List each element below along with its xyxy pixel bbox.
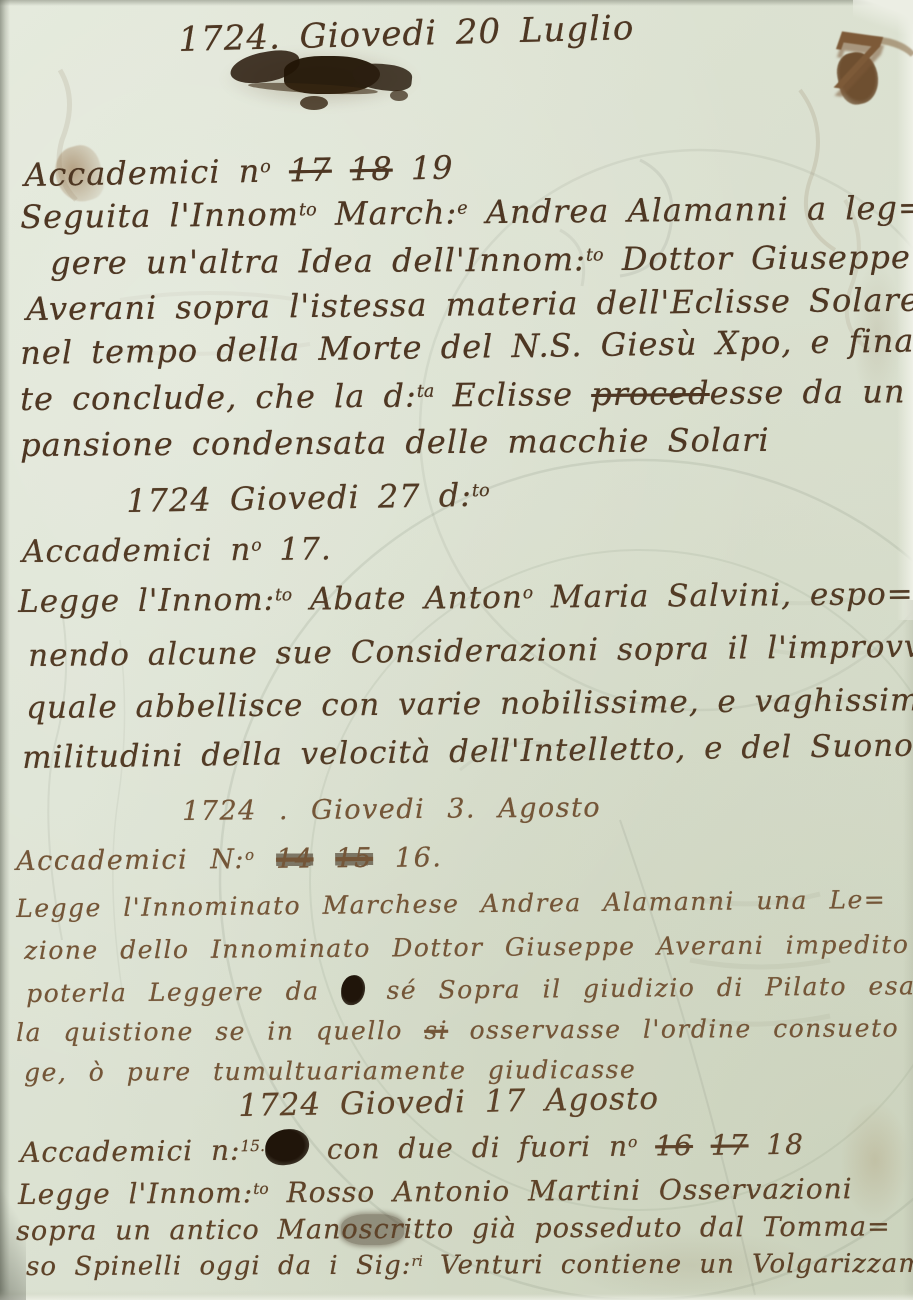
text-segment: 1724. Giovedi 20 Luglio xyxy=(178,8,635,60)
text-segment: 18 xyxy=(350,150,393,189)
text-line: gere un'altra Idea dell'Innom:to Dottor … xyxy=(50,238,911,282)
text-segment: 16 xyxy=(655,1129,693,1162)
text-segment: Seguita l'Innom xyxy=(20,195,299,236)
text-segment: Maria Salvini, espo= xyxy=(533,576,913,615)
text-segment: to xyxy=(299,200,317,220)
text-segment: la quistione se in quello xyxy=(16,1016,424,1047)
text-segment: 16. xyxy=(373,842,443,874)
text-segment: zione dello Innominato Dottor Giuseppe A… xyxy=(24,929,913,965)
text-line: Seguita l'Innomto March:e Andrea Alamann… xyxy=(20,189,913,236)
text-segment xyxy=(254,844,276,875)
text-line: Legge l'Innom:to Rosso Antonio Martini O… xyxy=(18,1172,853,1211)
text-line: zione dello Innominato Dottor Giuseppe A… xyxy=(24,929,913,965)
text-line: Averani sopra l'istessa materia dell'Ecl… xyxy=(26,281,913,328)
text-segment: o xyxy=(628,1133,637,1151)
text-segment: Legge l'Innom: xyxy=(18,582,275,620)
text-segment: ri xyxy=(411,1254,422,1270)
text-segment: militudini della velocità dell'Intellett… xyxy=(22,727,913,776)
text-segment: o xyxy=(245,846,254,864)
text-segment: Accademici n xyxy=(24,152,261,194)
text-segment: 1724 Giovedi 27 d: xyxy=(126,476,472,520)
text-segment: gere un'altra Idea dell'Innom: xyxy=(50,240,586,282)
text-segment: to xyxy=(253,1180,269,1198)
text-line: nendo alcune sue Considerazioni sopra il… xyxy=(28,628,913,674)
text-segment: 17 xyxy=(711,1128,749,1161)
text-segment: Averani sopra l'istessa materia dell'Ecl… xyxy=(26,281,913,328)
text-line: poterla Leggere da sé Sopra il giudizio … xyxy=(26,969,913,1008)
text-line: militudini della velocità dell'Intellett… xyxy=(22,727,913,776)
text-line: la quistione se in quello si osservasse … xyxy=(16,1012,913,1047)
scan-edge-left xyxy=(0,0,10,1300)
text-segment: Accademici n: xyxy=(20,1134,241,1169)
text-segment: esse da un es= xyxy=(709,372,913,412)
ink-smudge xyxy=(390,90,408,101)
text-segment: Legge l'Innominato Marchese Andrea Alama… xyxy=(16,885,886,923)
text-segment: proced xyxy=(591,374,710,413)
text-segment: 17. xyxy=(261,531,331,568)
text-segment xyxy=(313,843,335,874)
scan-edge-top xyxy=(0,0,913,6)
text-segment: o xyxy=(523,583,533,603)
text-segment: March: xyxy=(316,193,457,232)
text-segment: o xyxy=(260,157,271,177)
text-segment: nendo alcune sue Considerazioni sopra il… xyxy=(28,628,913,674)
ink-blot xyxy=(341,975,365,1005)
text-segment: con due di fuori n xyxy=(309,1130,628,1166)
date-heading: 1724 Giovedi 17 Agosto xyxy=(238,1081,659,1124)
folio-number: 7 xyxy=(820,15,886,113)
text-segment: Accademici N: xyxy=(16,844,245,877)
text-line: quale abbellisce con varie nobilissime, … xyxy=(26,681,913,726)
text-segment: to xyxy=(275,585,292,605)
text-line: pansione condensata delle macchie Solari xyxy=(20,421,770,464)
text-segment: e xyxy=(457,199,468,219)
text-segment: 1724 Giovedi 17 Agosto xyxy=(238,1081,659,1124)
text-segment: Venturi contiene un Volgarizzamen xyxy=(423,1249,913,1281)
text-line: nel tempo della Morte del N.S. Giesù Xpo… xyxy=(20,320,913,372)
text-line: sopra un antico Manoscritto già possedut… xyxy=(16,1211,891,1247)
text-segment: ta xyxy=(417,382,435,402)
text-segment: Legge l'Innom: xyxy=(18,1176,253,1211)
text-segment: so Spinelli oggi da i Sig: xyxy=(26,1251,412,1282)
text-segment xyxy=(637,1129,655,1162)
date-heading: 1724. Giovedi 20 Luglio xyxy=(178,8,635,60)
attendance-line: Accademici no 17 18 19 xyxy=(24,149,454,194)
text-segment: quale abbellisce con varie nobilissime, … xyxy=(26,681,913,726)
text-segment: itto già posseduto dal Tomma= xyxy=(404,1211,891,1245)
text-segment: Eclisse xyxy=(434,375,591,414)
date-heading: 1724 . Giovedi 3. Agosto xyxy=(182,792,601,827)
text-segment: osservasse l'ordine consueto delle Leg= xyxy=(448,1012,913,1044)
text-segment: 17 xyxy=(289,151,332,190)
text-line: te conclude, che la d:ta Eclisse procede… xyxy=(20,372,913,418)
text-segment: 14 xyxy=(276,843,314,874)
text-segment: Andrea Alamanni a leg= xyxy=(467,189,913,232)
text-segment: 15 xyxy=(335,843,373,874)
text-segment: Accademici n xyxy=(22,532,252,570)
text-segment: 18 xyxy=(748,1128,804,1162)
text-segment xyxy=(271,151,290,189)
text-segment: to xyxy=(472,481,490,501)
text-segment: 1724 . Giovedi 3. Agosto xyxy=(182,792,601,827)
text-segment: poterla Leggere da xyxy=(26,976,341,1008)
text-segment: te conclude, che la d: xyxy=(20,377,417,418)
ink-blot xyxy=(265,1129,309,1165)
text-line: so Spinelli oggi da i Sig:ri Venturi con… xyxy=(26,1249,913,1282)
text-segment xyxy=(693,1129,711,1162)
attendance-line: Accademici no 17. xyxy=(22,531,332,570)
text-segment: 19 xyxy=(392,149,454,188)
text-segment: Dottor Giuseppe xyxy=(603,238,910,278)
text-segment: si xyxy=(424,1016,448,1045)
date-heading: 1724 Giovedi 27 d:to xyxy=(126,476,490,520)
text-line: Legge l'Innom:to Abate Antono Maria Salv… xyxy=(18,576,913,620)
text-line: Legge l'Innominato Marchese Andrea Alama… xyxy=(16,885,886,923)
text-segment: pansione condensata delle macchie Solari xyxy=(20,421,770,464)
paper-edge-bottom xyxy=(0,1290,913,1300)
text-segment: Rosso Antonio Martini Osservazioni xyxy=(269,1172,853,1209)
attendance-line: Accademici N:o 14 15 16. xyxy=(16,842,443,877)
text-segment: sé Sopra il giudizio di Pilato esaminand… xyxy=(365,970,913,1005)
text-segment: Abate Anton xyxy=(292,580,523,618)
ink-smudge xyxy=(300,96,328,110)
text-segment: 15. xyxy=(240,1137,265,1155)
text-segment: nel tempo della Morte del N.S. Giesù Xpo… xyxy=(20,320,913,372)
attendance-line: Accademici n:15. con due di fuori no 16 … xyxy=(20,1124,804,1169)
text-segment: oscr xyxy=(341,1214,403,1245)
text-segment: sopra un antico Man xyxy=(16,1214,342,1247)
manuscript-page: 7 1724. Giovedi 20 LuglioAccademici no 1… xyxy=(0,0,913,1300)
text-segment xyxy=(331,150,350,188)
text-segment: to xyxy=(586,245,604,265)
